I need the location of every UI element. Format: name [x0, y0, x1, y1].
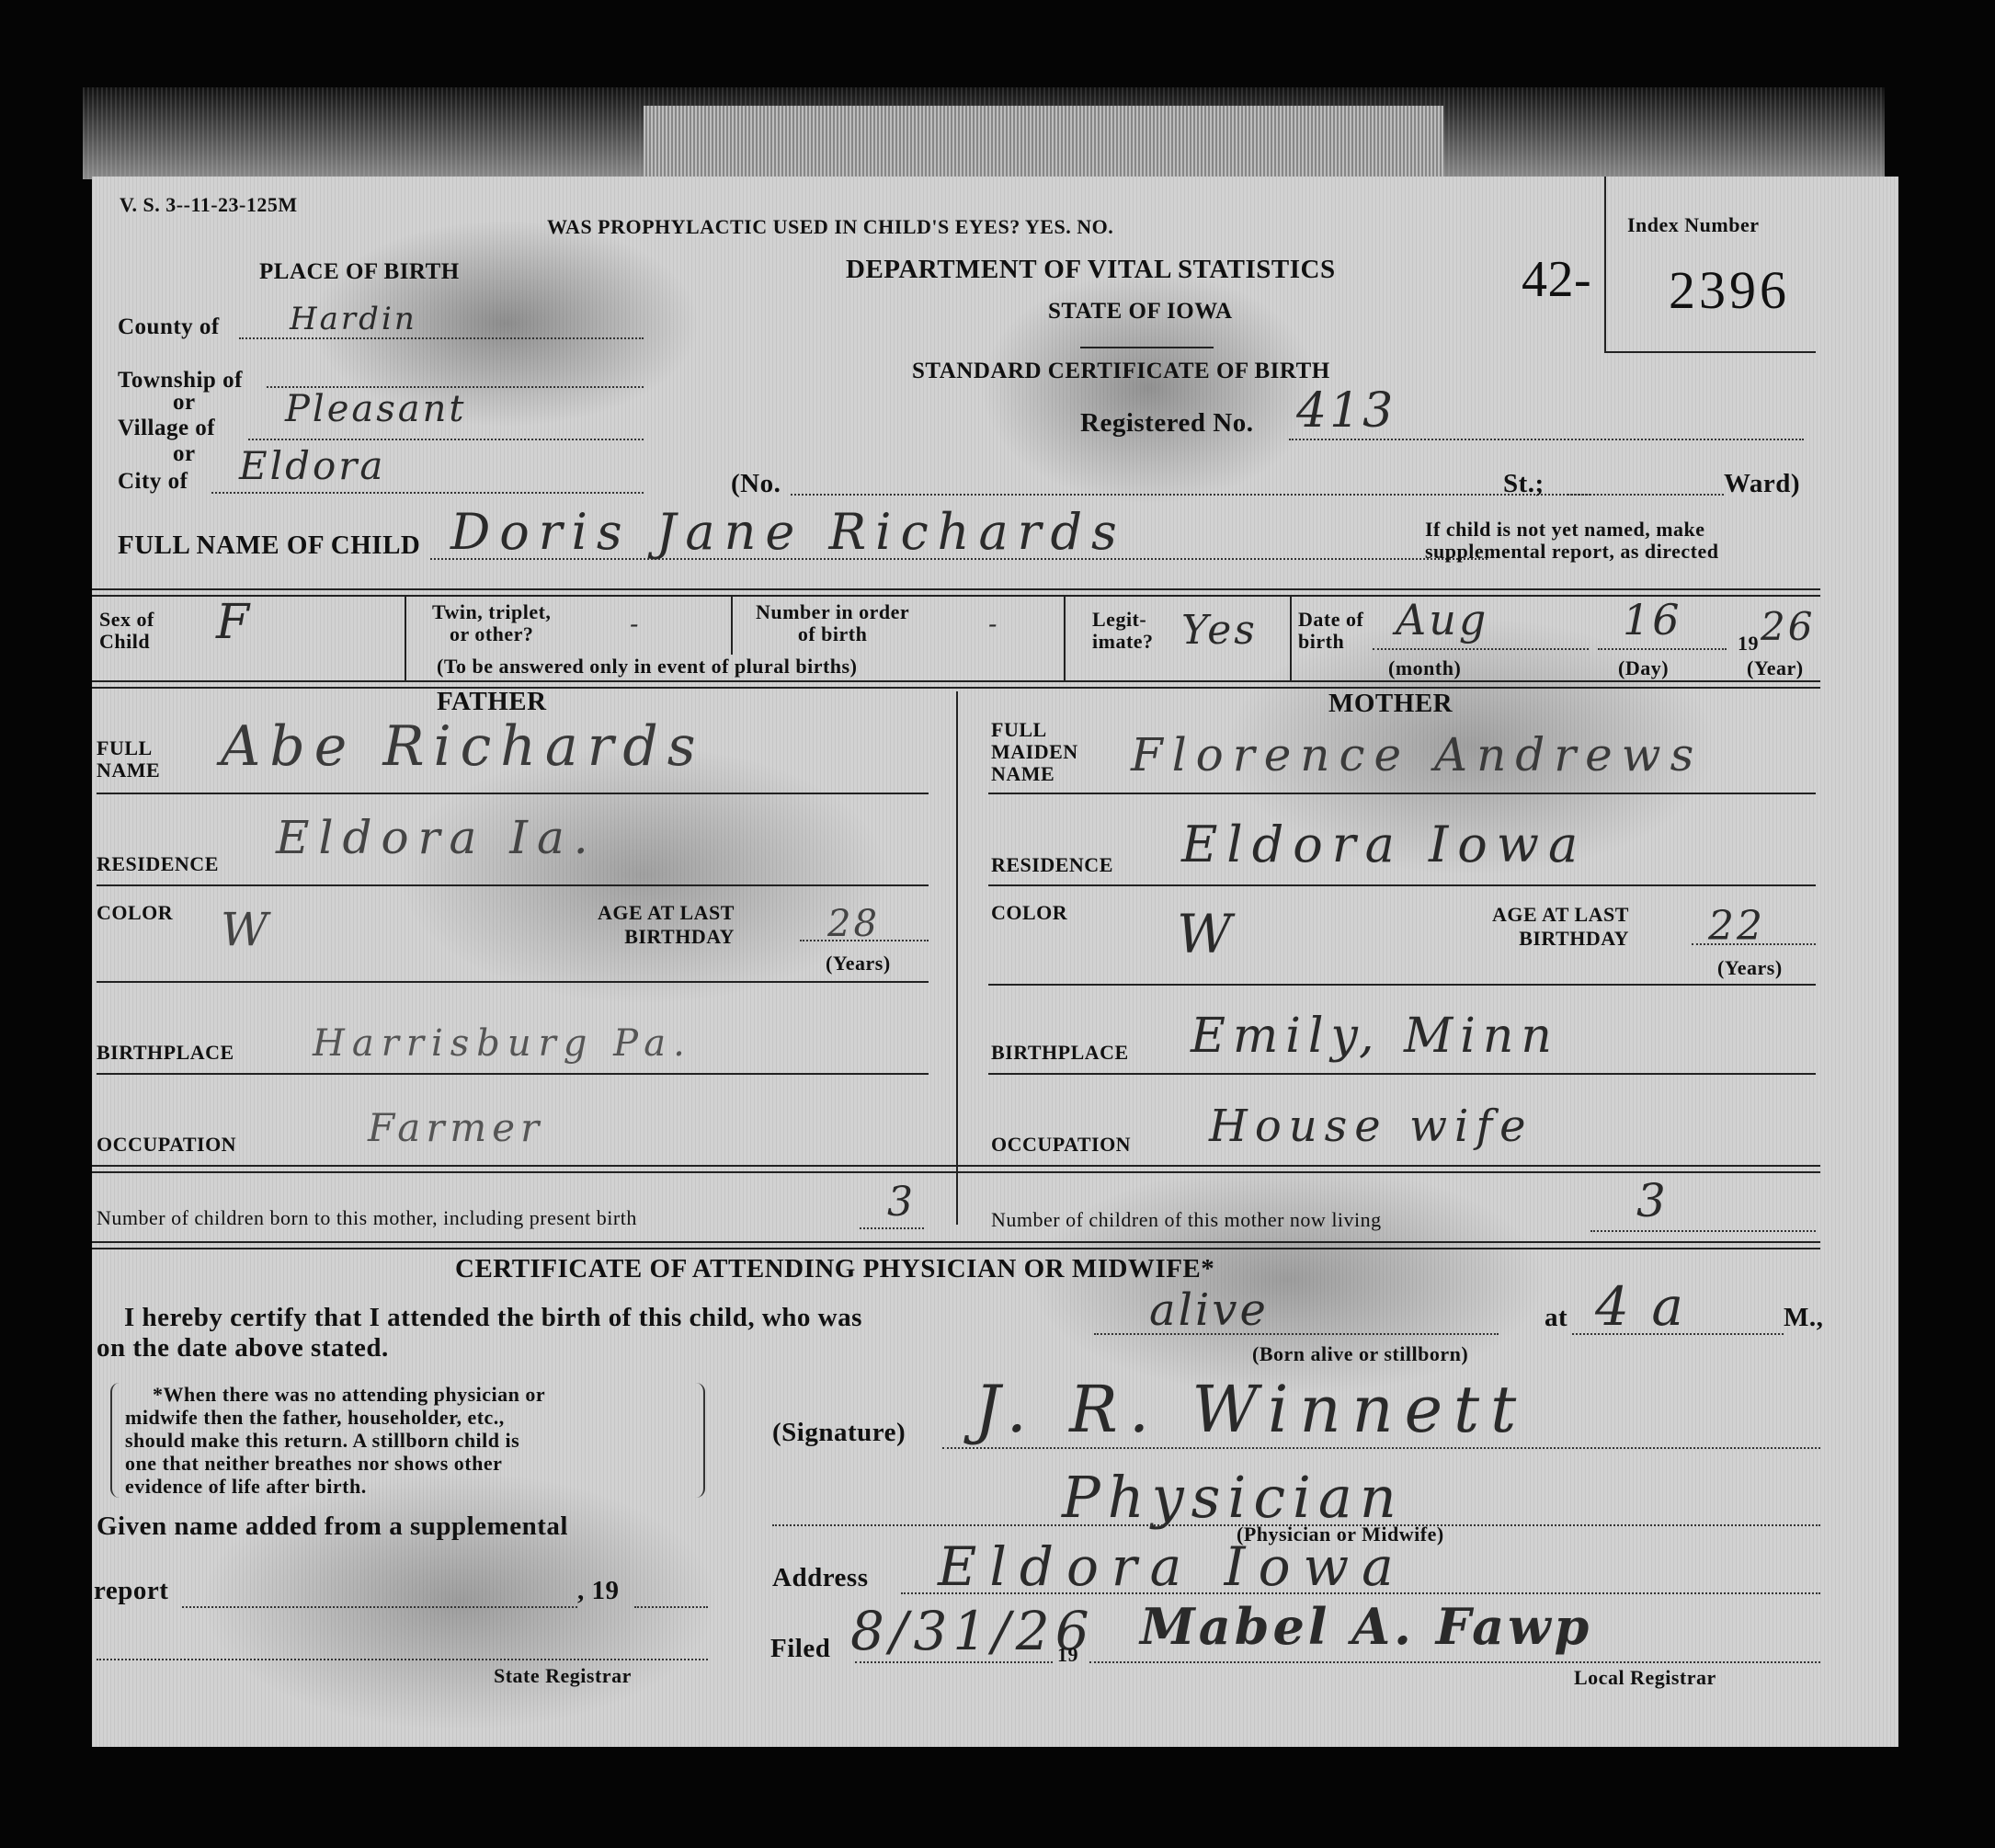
mother-years-label: (Years)	[1717, 956, 1783, 980]
address-label: Address	[772, 1563, 869, 1593]
registered-no: 413	[1296, 383, 1396, 439]
birth-time-value: 4 a	[1595, 1275, 1686, 1338]
mother-birthplace-label: BIRTHPLACE	[991, 1041, 1129, 1065]
father-birthplace-label: BIRTHPLACE	[97, 1041, 234, 1065]
child-name-label: FULL NAME OF CHILD	[118, 530, 420, 561]
supplemental-text: Given name added from a supplemental	[97, 1511, 568, 1542]
day-label: (Day)	[1618, 656, 1669, 680]
father-age-value: 28	[827, 903, 880, 945]
prophylactic-question: WAS PROPHYLACTIC USED IN CHILD'S EYES? Y…	[547, 215, 1113, 239]
dob-year-prefix: 19	[1738, 632, 1759, 656]
legitimate-label: Legit-imate?	[1092, 609, 1154, 653]
physician-title-value: Physician	[1062, 1464, 1404, 1531]
certificate-title: STANDARD CERTIFICATE OF BIRTH	[912, 359, 1330, 384]
date-above-text: on the date above stated.	[97, 1333, 389, 1363]
mother-residence-label: RESIDENCE	[991, 853, 1113, 877]
report-label: report	[94, 1576, 168, 1606]
physician-address-value: Eldora Iowa	[938, 1535, 1407, 1598]
twin-label: Twin, triplet,or other?	[432, 601, 551, 645]
city-value: Eldora	[239, 443, 385, 488]
mother-title: MOTHER	[1328, 689, 1453, 719]
father-occupation-value: Farmer	[368, 1105, 544, 1150]
mother-residence-value: Eldora Iowa	[1181, 816, 1587, 873]
street-label: St.;	[1503, 469, 1545, 499]
order-value: -	[988, 609, 999, 639]
mother-name-label: FULLMAIDENNAME	[991, 719, 1078, 785]
children-born-label: Number of children born to this mother, …	[97, 1206, 637, 1230]
physician-certificate-title: CERTIFICATE OF ATTENDING PHYSICIAN OR MI…	[455, 1254, 1214, 1284]
father-residence-value: Eldora Ia.	[276, 811, 598, 864]
at-label: at	[1545, 1303, 1567, 1333]
footnote-box: *When there was no attending physician o…	[110, 1383, 705, 1498]
children-born-value: 3	[887, 1179, 916, 1226]
registered-no-label: Registered No.	[1080, 408, 1253, 439]
mother-age-label: AGE AT LASTBIRTHDAY	[1492, 903, 1629, 951]
month-label: (month)	[1388, 656, 1461, 680]
department-title: DEPARTMENT OF VITAL STATISTICS	[846, 255, 1336, 285]
signature-label: (Signature)	[772, 1418, 906, 1448]
father-occupation-label: OCCUPATION	[97, 1133, 236, 1157]
father-name-label: FULLNAME	[97, 737, 160, 781]
local-registrar-label: Local Registrar	[1574, 1666, 1716, 1690]
mother-birthplace-value: Emily, Minn	[1191, 1009, 1559, 1064]
scan-border-top	[83, 87, 1885, 179]
dob-month: Aug	[1396, 595, 1488, 645]
form-code: V. S. 3--11-23-125M	[120, 193, 298, 217]
county-label: County of	[118, 314, 220, 340]
mother-color-value: W	[1177, 903, 1235, 965]
birth-certificate: V. S. 3--11-23-125M WAS PROPHYLACTIC USE…	[92, 177, 1898, 1747]
sex-label: Sex ofChild	[99, 609, 154, 653]
filed-year-prefix: 19	[1057, 1643, 1078, 1667]
father-color-value: W	[221, 903, 270, 956]
father-years-label: (Years)	[826, 952, 891, 975]
father-color-label: COLOR	[97, 901, 173, 925]
or-text: or	[173, 390, 196, 416]
plural-births-note: (To be answered only in event of plural …	[437, 655, 857, 679]
index-number-label: Index Number	[1627, 213, 1760, 237]
naming-note: If child is not yet named, makesupplemen…	[1425, 519, 1719, 563]
father-title: FATHER	[437, 687, 547, 717]
father-age-label: AGE AT LASTBIRTHDAY	[598, 901, 735, 949]
twin-value: -	[630, 609, 641, 639]
children-living-value: 3	[1636, 1174, 1669, 1227]
order-label: Number in orderof birth	[756, 601, 909, 645]
street-no-label: (No.	[731, 469, 781, 499]
dob-day: 16	[1623, 595, 1682, 645]
city-label: City of	[118, 469, 188, 495]
m-label: M.,	[1784, 1303, 1823, 1333]
index-prefix: 42-	[1522, 250, 1591, 309]
state-registrar-label: State Registrar	[494, 1664, 632, 1688]
mother-name-value: Florence Andrews	[1131, 728, 1703, 781]
village-value: Pleasant	[285, 388, 466, 430]
or-text: or	[173, 441, 196, 467]
mother-age-value: 22	[1708, 903, 1765, 950]
county-value: Hardin	[290, 301, 417, 337]
sex-value: F	[216, 595, 252, 650]
father-residence-label: RESIDENCE	[97, 852, 219, 876]
dob-label: Date ofbirth	[1298, 609, 1363, 653]
birth-status-value: alive	[1149, 1284, 1269, 1336]
year-label: (Year)	[1747, 656, 1804, 680]
mother-occupation-value: House wife	[1209, 1101, 1533, 1152]
legitimate-value: Yes	[1181, 607, 1258, 654]
father-name-value: Abe Richards	[221, 714, 705, 779]
mother-occupation-label: OCCUPATION	[991, 1133, 1131, 1157]
index-number: 2396	[1669, 259, 1790, 321]
child-name-value: Doris Jane Richards	[450, 503, 1126, 561]
filed-label: Filed	[770, 1634, 830, 1664]
born-status-note: (Born alive or stillborn)	[1252, 1342, 1468, 1366]
report-year-prefix: , 19	[577, 1576, 620, 1606]
state-title: STATE OF IOWA	[1048, 299, 1233, 325]
place-of-birth-title: PLACE OF BIRTH	[259, 259, 460, 285]
village-label: Village of	[118, 416, 215, 441]
certify-text: I hereby certify that I attended the bir…	[124, 1303, 862, 1333]
mother-color-label: COLOR	[991, 901, 1067, 925]
children-living-label: Number of children of this mother now li…	[991, 1208, 1382, 1232]
local-registrar-signature: Mabel A. Fawp	[1140, 1597, 1592, 1656]
dob-year: 26	[1761, 604, 1815, 649]
father-birthplace-value: Harrisburg Pa.	[313, 1022, 692, 1065]
ward-label: Ward)	[1724, 469, 1800, 499]
physician-signature: J. R. Winnett	[975, 1372, 1527, 1447]
